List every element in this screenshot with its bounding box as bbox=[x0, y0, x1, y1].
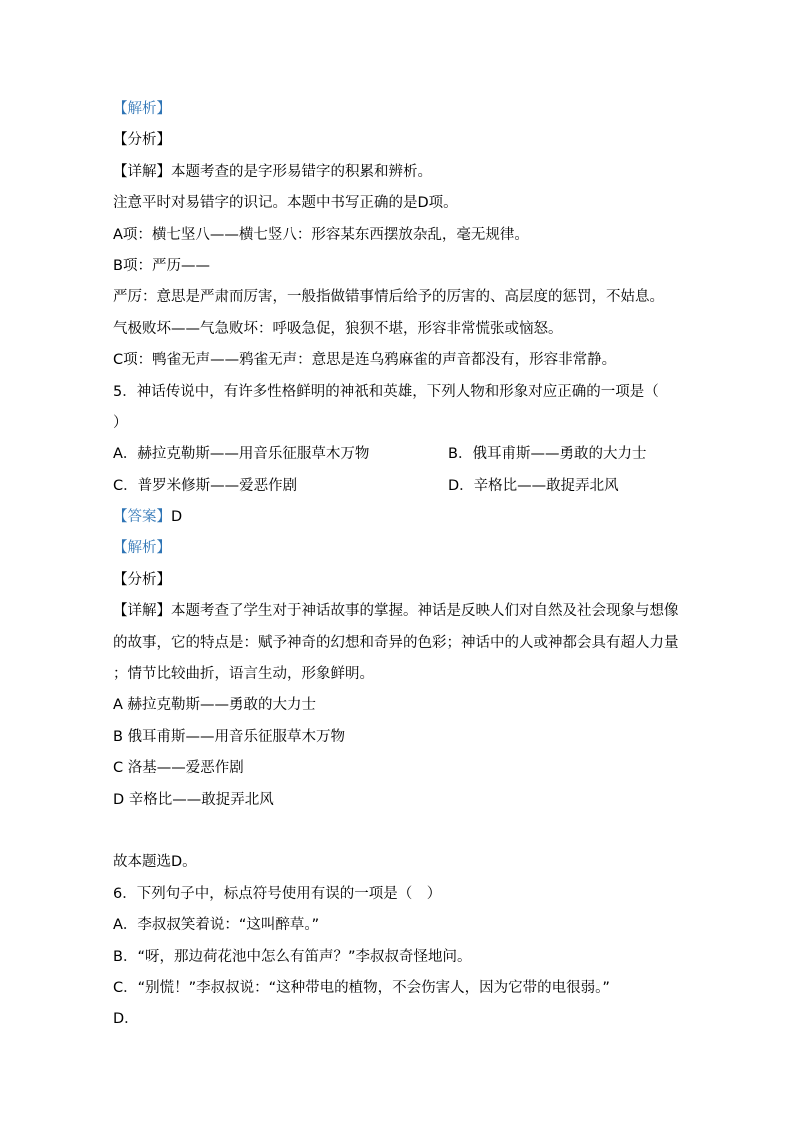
q6-option-a: A．李叔叔笑着说：“这叫醉草。” bbox=[113, 910, 694, 941]
q5-jiexi-label: 【解析】 bbox=[113, 533, 694, 564]
q6-option-b: B．“呀，那边荷花池中怎么有笛声？”李叔叔奇怪地问。 bbox=[113, 942, 694, 973]
q4-detail-line: 【详解】本题考查的是字形易错字的积累和辨析。 bbox=[113, 157, 694, 188]
q5-detail-line: 的故事，它的特点是：赋予神奇的幻想和奇异的色彩；神话中的人或神都会具有超人力量 bbox=[113, 628, 694, 659]
q5-match-line-a: A 赫拉克勒斯——勇敢的大力士 bbox=[113, 690, 694, 721]
q4-detail-line: 严厉：意思是严肃而厉害，一般指做错事情后给予的厉害的、高层度的惩罚，不姑息。 bbox=[113, 282, 694, 313]
q5-options-row-2: C．普罗米修斯——爱恶作剧 D．辛格比——敢捉弄北风 bbox=[113, 471, 694, 502]
q4-detail-line-c: C项：鸭雀无声——鸦雀无声：意思是连乌鸦麻雀的声音都没有，形容非常静。 bbox=[113, 345, 694, 376]
q5-option-d: D．辛格比——敢捉弄北风 bbox=[448, 471, 619, 502]
q5-option-b: B．俄耳甫斯——勇敢的大力士 bbox=[448, 439, 646, 470]
q4-jiexi-label: 【解析】 bbox=[113, 94, 694, 125]
q5-option-a: A．赫拉克勒斯——用音乐征服草木万物 bbox=[113, 439, 448, 470]
q5-answer-value: D bbox=[171, 509, 182, 525]
q5-options-row-1: A．赫拉克勒斯——用音乐征服草木万物 B．俄耳甫斯——勇敢的大力士 bbox=[113, 439, 694, 470]
q6-option-d: D． bbox=[113, 1004, 694, 1035]
q4-detail-line-a: A项：横七坚八——横七竖八：形容某东西摆放杂乱，毫无规律。 bbox=[113, 220, 694, 251]
q4-detail-line: 气极败坏——气急败坏：呼吸急促，狼狈不堪，形容非常慌张或恼怒。 bbox=[113, 314, 694, 345]
q4-detail-line-b: B项：严历—— bbox=[113, 251, 694, 282]
q5-detail-line: 【详解】本题考查了学生对于神话故事的掌握。神话是反映人们对自然及社会现象与想像 bbox=[113, 596, 694, 627]
q5-answer-label: 【答案】 bbox=[113, 509, 171, 525]
q5-match-line-d: D 辛格比——敢捉弄北风 bbox=[113, 785, 694, 816]
q5-detail-line: ；情节比较曲折，语言生动，形象鲜明。 bbox=[113, 659, 694, 690]
q5-fenxi-label: 【分析】 bbox=[113, 565, 694, 596]
q5-conclusion: 故本题选D。 bbox=[113, 847, 694, 878]
q6-stem: 6．下列句子中，标点符号使用有误的一项是（ ） bbox=[113, 879, 694, 910]
q5-answer-line: 【答案】D bbox=[113, 502, 694, 533]
q6-option-c: C．“别慌！”李叔叔说：“这种带电的植物，不会伤害人，因为它带的电很弱。” bbox=[113, 973, 694, 1004]
q5-match-line-b: B 俄耳甫斯——用音乐征服草木万物 bbox=[113, 722, 694, 753]
document-page: 【解析】 【分析】 【详解】本题考查的是字形易错字的积累和辨析。 注意平时对易错… bbox=[0, 0, 794, 1123]
q5-option-c: C．普罗米修斯——爱恶作剧 bbox=[113, 471, 448, 502]
q5-match-line-c: C 洛基——爱恶作剧 bbox=[113, 753, 694, 784]
q4-detail-line: 注意平时对易错字的识记。本题中书写正确的是D项。 bbox=[113, 188, 694, 219]
q4-fenxi-label: 【分析】 bbox=[113, 125, 694, 156]
blank-line bbox=[113, 816, 694, 847]
q5-stem-close-paren: ） bbox=[113, 408, 694, 439]
q5-stem: 5．神话传说中，有许多性格鲜明的神祇和英雄，下列人物和形象对应正确的一项是（ bbox=[113, 377, 694, 408]
